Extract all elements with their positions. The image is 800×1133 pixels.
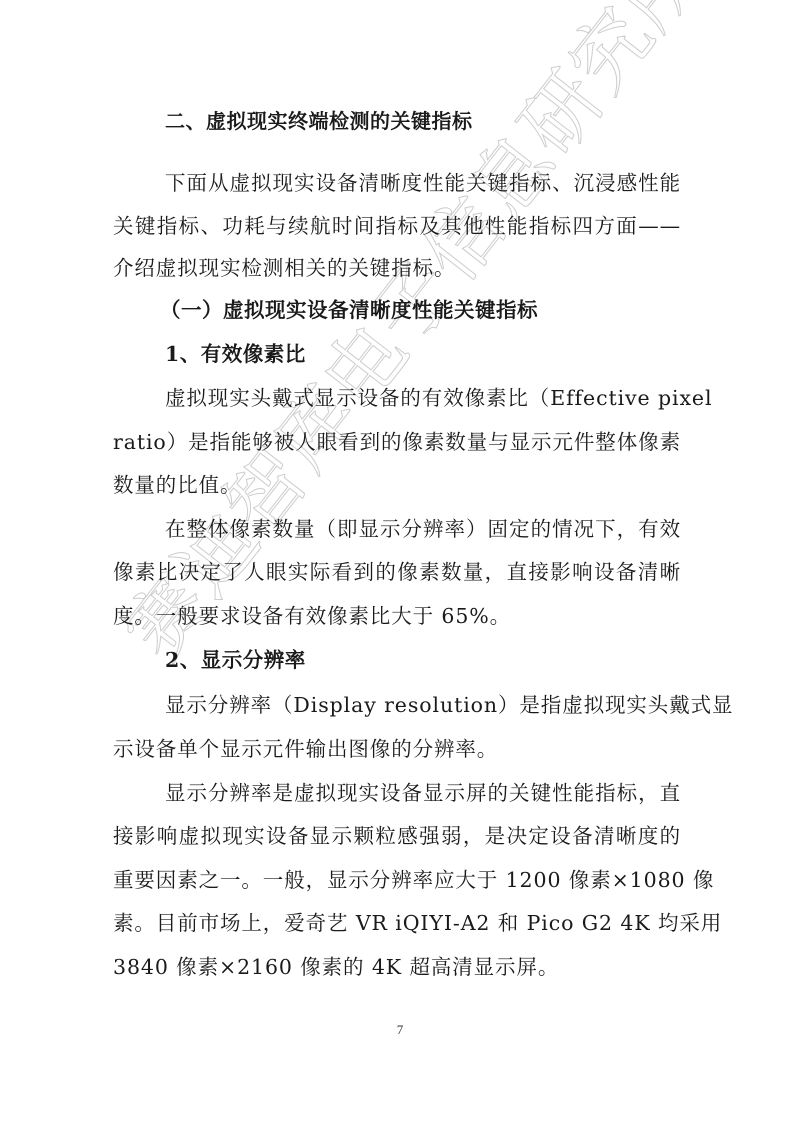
item1-heading: 1、有效像素比	[165, 339, 681, 369]
item1-para1-line-1: 虚拟现实头戴式显示设备的有效像素比（Effective pixel	[165, 383, 681, 413]
item2-para2-line-2: 接影响虚拟现实设备显示颗粒感强弱，是决定设备清晰度的	[113, 821, 681, 851]
item2-para2-line-4: 素。目前市场上，爱奇艺 VR iQIYI-A2 和 Pico G2 4K 均采用	[113, 908, 681, 938]
intro-line-3: 介绍虚拟现实检测相关的关键指标。	[113, 253, 681, 283]
page-number: 7	[0, 1022, 800, 1038]
subsection-heading: （一）虚拟现实设备清晰度性能关键指标	[160, 295, 676, 325]
item2-heading: 2、显示分辨率	[165, 645, 681, 675]
section-heading: 二、虚拟现实终端检测的关键指标	[165, 106, 681, 136]
document-page: 赛迪智库电子信息研究所 二、虚拟现实终端检测的关键指标 下面从虚拟现实设备清晰度…	[0, 0, 800, 1133]
item1-para2-line-2: 像素比决定了人眼实际看到的像素数量，直接影响设备清晰	[113, 557, 681, 587]
intro-line-2: 关键指标、功耗与续航时间指标及其他性能指标四方面——	[113, 211, 681, 241]
item2-para2-line-5: 3840 像素×2160 像素的 4K 超高清显示屏。	[113, 952, 681, 982]
item2-para1-line-1: 显示分辨率（Display resolution）是指虚拟现实头戴式显	[165, 690, 681, 720]
item1-para2-line-1: 在整体像素数量（即显示分辨率）固定的情况下，有效	[165, 514, 681, 544]
item2-para2-line-3: 重要因素之一。一般，显示分辨率应大于 1200 像素×1080 像	[113, 865, 681, 895]
item2-para1-line-2: 示设备单个显示元件输出图像的分辨率。	[113, 734, 681, 764]
item1-para1-line-3: 数量的比值。	[113, 470, 681, 500]
item1-para1-line-2: ratio）是指能够被人眼看到的像素数量与显示元件整体像素	[113, 427, 681, 457]
intro-line-1: 下面从虚拟现实设备清晰度性能关键指标、沉浸感性能	[165, 168, 681, 198]
item1-para2-line-3: 度。一般要求设备有效像素比大于 65%。	[113, 601, 681, 631]
item2-para2-line-1: 显示分辨率是虚拟现实设备显示屏的关键性能指标，直	[165, 778, 681, 808]
